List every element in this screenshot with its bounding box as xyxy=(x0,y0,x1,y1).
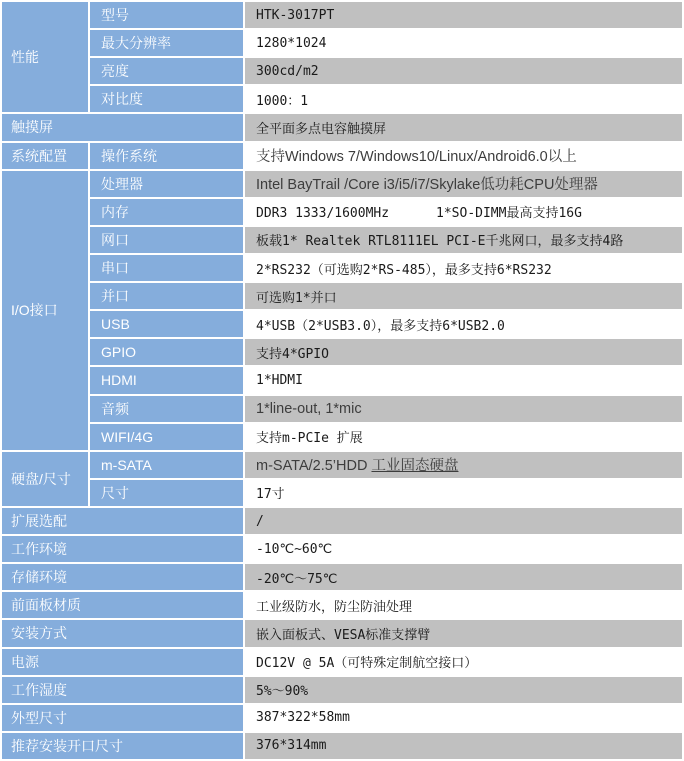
category-cell-mounting: 安装方式 xyxy=(2,620,243,646)
table-row: 网口 板载1* Realtek RTL8111EL PCI-E千兆网口，最多支持… xyxy=(2,227,682,253)
spec-value-cell: 1*line-out, 1*mic xyxy=(245,396,682,422)
category-cell-storage-env: 存储环境 xyxy=(2,564,243,590)
table-row: 触摸屏 全平面多点电容触摸屏 xyxy=(2,114,682,140)
spec-value-cell: 板载1* Realtek RTL8111EL PCI-E千兆网口，最多支持4路 xyxy=(245,227,682,253)
category-cell-humidity: 工作湿度 xyxy=(2,677,243,703)
table-row: 电源 DC12V @ 5A（可特殊定制航空接口） xyxy=(2,649,682,675)
spec-label-cell: 处理器 xyxy=(90,171,243,197)
spec-value-cell: 可选购1*并口 xyxy=(245,283,682,309)
category-cell-performance: 性能 xyxy=(2,2,88,112)
table-row: WIFI/4G 支持m-PCIe 扩展 xyxy=(2,424,682,450)
spec-label-cell: WIFI/4G xyxy=(90,424,243,450)
table-row: 存储环境 -20℃～75℃ xyxy=(2,564,682,590)
spec-value-cell: 4*USB（2*USB3.0），最多支持6*USB2.0 xyxy=(245,311,682,337)
table-row: 串口 2*RS232（可选购2*RS-485），最多支持6*RS232 xyxy=(2,255,682,281)
spec-label-cell: 内存 xyxy=(90,199,243,225)
spec-value-cell: HTK-3017PT xyxy=(245,2,682,28)
spec-value-cell: 17寸 xyxy=(245,480,682,506)
spec-label-cell: 音频 xyxy=(90,396,243,422)
category-cell-disk-size: 硬盘/尺寸 xyxy=(2,452,88,506)
spec-label-cell: 亮度 xyxy=(90,58,243,84)
table-row: 最大分辨率 1280*1024 xyxy=(2,30,682,56)
spec-value-cell: 1280*1024 xyxy=(245,30,682,56)
spec-value-cell: -20℃～75℃ xyxy=(245,564,682,590)
spec-value-cell: 387*322*58mm xyxy=(245,705,682,731)
category-cell-touchscreen: 触摸屏 xyxy=(2,114,243,140)
spec-label-cell: 串口 xyxy=(90,255,243,281)
category-cell-cutout-size: 推荐安装开口尺寸 xyxy=(2,733,243,759)
table-row: GPIO 支持4*GPIO xyxy=(2,339,682,365)
table-row: 对比度 1000：1 xyxy=(2,86,682,112)
category-cell-system-config: 系统配置 xyxy=(2,143,88,169)
spec-value-cell: 1000：1 xyxy=(245,86,682,112)
category-cell-dimensions: 外型尺寸 xyxy=(2,705,243,731)
category-cell-power: 电源 xyxy=(2,649,243,675)
spec-value-cell: 1*HDMI xyxy=(245,367,682,393)
spec-value-cell: -10℃~60℃ xyxy=(245,536,682,562)
table-row: 工作湿度 5%～90% xyxy=(2,677,682,703)
category-cell-expansion: 扩展选配 xyxy=(2,508,243,534)
spec-label-cell: 操作系统 xyxy=(90,143,243,169)
spec-value-cell: m-SATA/2.5’HDD 工业固态硬盘 xyxy=(245,452,682,478)
table-row: 尺寸 17寸 xyxy=(2,480,682,506)
spec-value-cell: 全平面多点电容触摸屏 xyxy=(245,114,682,140)
spec-label-cell: 最大分辨率 xyxy=(90,30,243,56)
table-row: 内存 DDR3 1333/1600MHz 1*SO-DIMM最高支持16G xyxy=(2,199,682,225)
spec-label-cell: 对比度 xyxy=(90,86,243,112)
spec-value-cell: 嵌入面板式、VESA标准支撑臂 xyxy=(245,620,682,646)
table-row: 前面板材质 工业级防水，防尘防油处理 xyxy=(2,592,682,618)
table-row: USB 4*USB（2*USB3.0），最多支持6*USB2.0 xyxy=(2,311,682,337)
spec-value-cell: Intel BayTrail /Core i3/i5/i7/Skylake低功耗… xyxy=(245,171,682,197)
table-row: HDMI 1*HDMI xyxy=(2,367,682,393)
spec-value-cell: 5%～90% xyxy=(245,677,682,703)
spec-value-underlined-text: 工业固态硬盘 xyxy=(371,458,458,474)
table-row: 工作环境 -10℃~60℃ xyxy=(2,536,682,562)
spec-value-cell: 支持m-PCIe 扩展 xyxy=(245,424,682,450)
spec-value-cell: 工业级防水，防尘防油处理 xyxy=(245,592,682,618)
spec-value-cell: DDR3 1333/1600MHz 1*SO-DIMM最高支持16G xyxy=(245,199,682,225)
spec-sheet: 性能 型号 HTK-3017PT 最大分辨率 1280*1024 亮度 300c… xyxy=(0,0,684,761)
spec-value-text: m-SATA/2.5’HDD xyxy=(256,458,371,474)
spec-label-cell: USB xyxy=(90,311,243,337)
table-row: 亮度 300cd/m2 xyxy=(2,58,682,84)
spec-table: 性能 型号 HTK-3017PT 最大分辨率 1280*1024 亮度 300c… xyxy=(0,0,684,761)
category-cell-front-panel: 前面板材质 xyxy=(2,592,243,618)
spec-label-cell: 型号 xyxy=(90,2,243,28)
table-row: 扩展选配 / xyxy=(2,508,682,534)
spec-label-cell: 网口 xyxy=(90,227,243,253)
spec-value-cell: DC12V @ 5A（可特殊定制航空接口） xyxy=(245,649,682,675)
spec-value-cell: 支持4*GPIO xyxy=(245,339,682,365)
spec-label-cell: 并口 xyxy=(90,283,243,309)
table-row: 硬盘/尺寸 m-SATA m-SATA/2.5’HDD 工业固态硬盘 xyxy=(2,452,682,478)
table-row: 并口 可选购1*并口 xyxy=(2,283,682,309)
spec-value-cell: 300cd/m2 xyxy=(245,58,682,84)
spec-value-cell: / xyxy=(245,508,682,534)
spec-label-cell: m-SATA xyxy=(90,452,243,478)
table-row: 推荐安装开口尺寸 376*314mm xyxy=(2,733,682,759)
spec-value-cell: 376*314mm xyxy=(245,733,682,759)
table-row: 外型尺寸 387*322*58mm xyxy=(2,705,682,731)
category-cell-io: I/O接口 xyxy=(2,171,88,450)
spec-label-cell: HDMI xyxy=(90,367,243,393)
table-row: 安装方式 嵌入面板式、VESA标准支撑臂 xyxy=(2,620,682,646)
spec-label-cell: 尺寸 xyxy=(90,480,243,506)
spec-value-cell: 支持Windows 7/Windows10/Linux/Android6.0以上 xyxy=(245,143,682,169)
table-row: 系统配置 操作系统 支持Windows 7/Windows10/Linux/An… xyxy=(2,143,682,169)
category-cell-operating-env: 工作环境 xyxy=(2,536,243,562)
table-row: I/O接口 处理器 Intel BayTrail /Core i3/i5/i7/… xyxy=(2,171,682,197)
table-row: 性能 型号 HTK-3017PT xyxy=(2,2,682,28)
spec-value-cell: 2*RS232（可选购2*RS-485），最多支持6*RS232 xyxy=(245,255,682,281)
spec-label-cell: GPIO xyxy=(90,339,243,365)
table-row: 音频 1*line-out, 1*mic xyxy=(2,396,682,422)
